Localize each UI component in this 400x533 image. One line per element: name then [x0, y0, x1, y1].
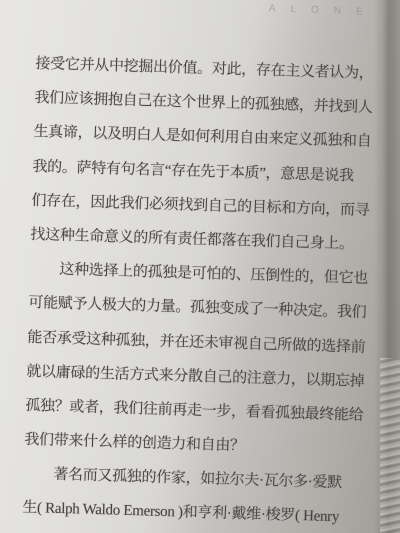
book-page-photo: ALONE 接受它并从中挖掘出价值。对此，存在主义者认为， 我们应该拥抱自己在这…	[0, 0, 400, 533]
body-text: 接受它并从中挖掘出价值。对此，存在主义者认为， 我们应该拥抱自己在这个世界上的孤…	[22, 47, 376, 533]
stacked-pages-texture	[380, 358, 400, 533]
